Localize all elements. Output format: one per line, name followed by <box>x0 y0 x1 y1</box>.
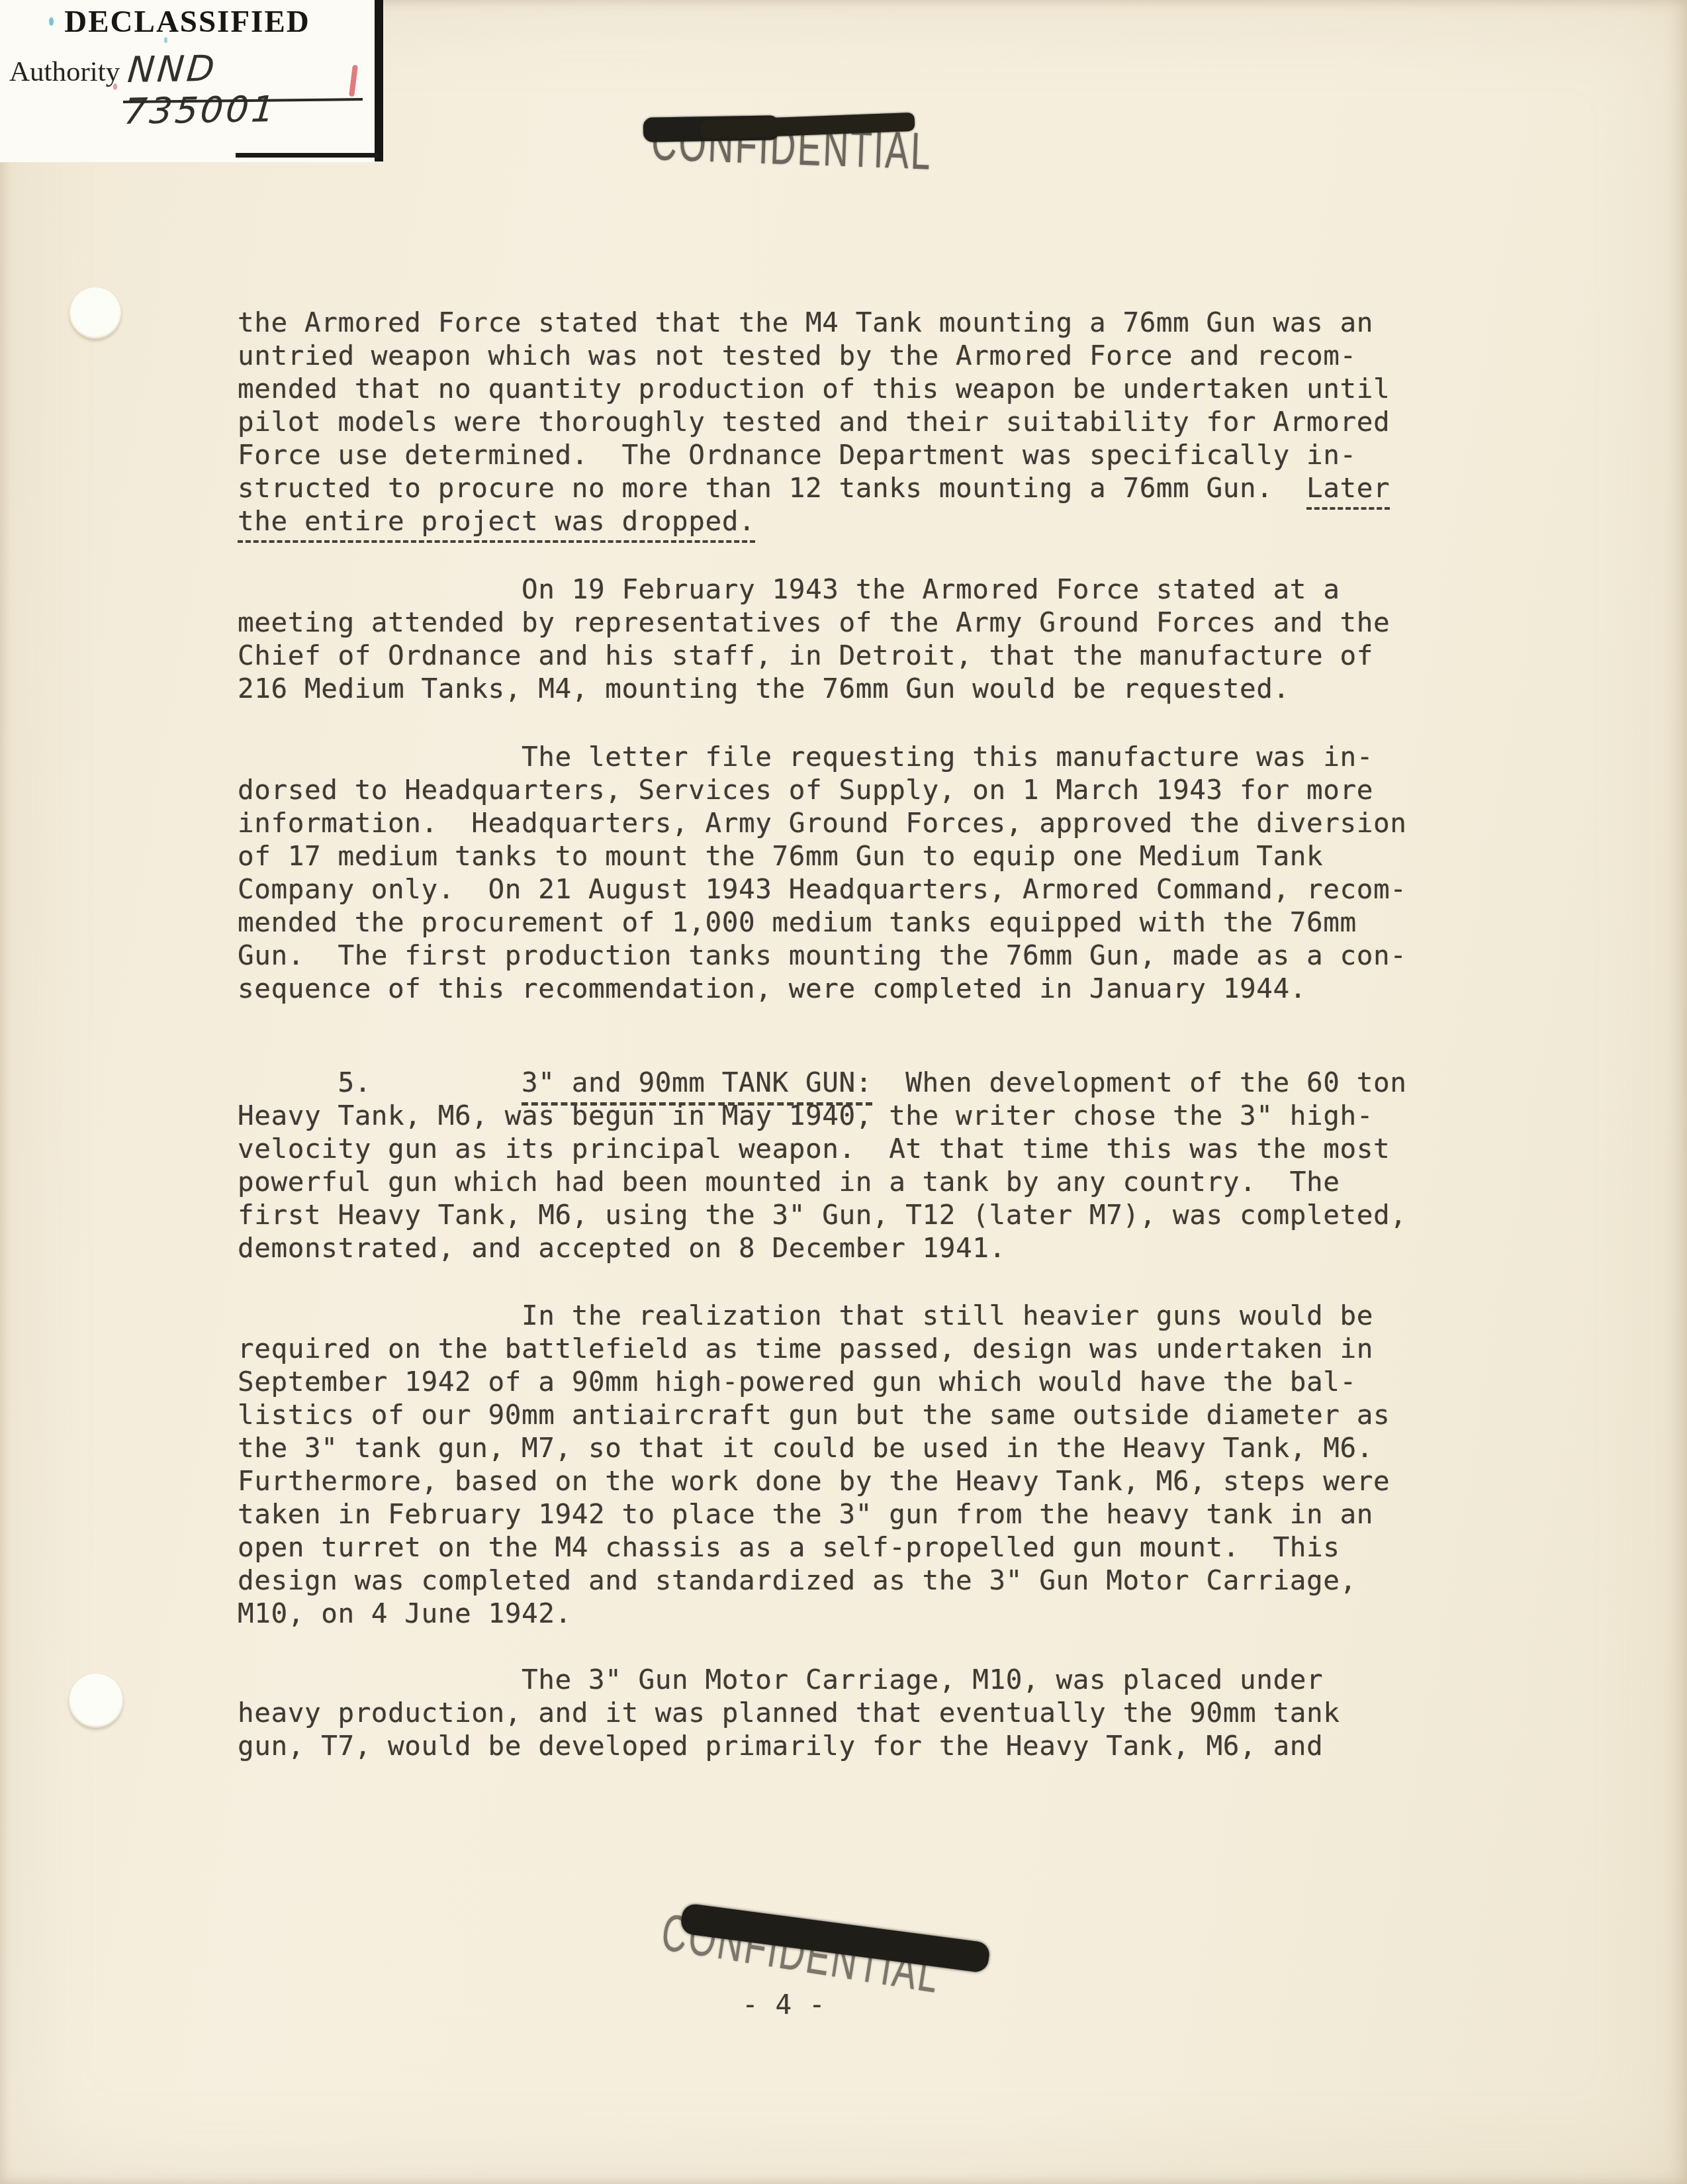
text-segment: untried weapon which was not tested by t… <box>238 340 1357 371</box>
paragraph-5-tank-gun: 5. 3" and 90mm TANK GUN: When developmen… <box>238 1066 1455 1264</box>
text-line: Company only. On 21 August 1943 Headquar… <box>238 873 1455 906</box>
text-segment: Furthermore, based on the work done by t… <box>238 1465 1390 1497</box>
text-segment: first Heavy Tank, M6, using the 3" Gun, … <box>238 1199 1406 1231</box>
page-number: - 4 - <box>742 1989 825 2020</box>
text-line: the 3" tank gun, M7, so that it could be… <box>238 1431 1455 1464</box>
text-segment: of 17 medium tanks to mount the 76mm Gun… <box>238 840 1323 872</box>
text-line: The 3" Gun Motor Carriage, M10, was plac… <box>238 1663 1455 1696</box>
text-line: taken in February 1942 to place the 3" g… <box>238 1497 1455 1531</box>
text-line: the entire project was dropped. <box>238 504 1455 538</box>
text-segment: 216 Medium Tanks, M4, mounting the 76mm … <box>238 673 1290 704</box>
document-page: DECLASSIFIED Authority NND 735001 CONFID… <box>0 0 1687 2184</box>
text-line: Force use determined. The Ordnance Depar… <box>238 438 1455 471</box>
text-segment: structed to procure no more than 12 tank… <box>238 472 1306 504</box>
text-segment: pilot models were thoroughly tested and … <box>238 406 1390 438</box>
text-segment: dorsed to Headquarters, Services of Supp… <box>238 774 1373 806</box>
text-segment: When development of the 60 ton <box>872 1067 1407 1098</box>
text-line: pilot models were thoroughly tested and … <box>238 405 1455 438</box>
text-line: first Heavy Tank, M6, using the 3" Gun, … <box>238 1198 1455 1231</box>
text-line: untried weapon which was not tested by t… <box>238 339 1455 372</box>
text-segment: Gun. The first production tanks mounting… <box>238 939 1406 971</box>
text-segment: mended that no quantity production of th… <box>238 373 1390 404</box>
text-segment: gun, T7, would be developed primarily fo… <box>238 1730 1323 1762</box>
text-segment: the 3" tank gun, M7, so that it could be… <box>238 1432 1373 1464</box>
text-line: 216 Medium Tanks, M4, mounting the 76mm … <box>238 672 1455 705</box>
text-segment: velocity gun as its principal weapon. At… <box>238 1133 1390 1164</box>
text-segment: In the realization that still heavier gu… <box>238 1300 1373 1331</box>
text-line: Gun. The first production tanks mounting… <box>238 939 1455 972</box>
text-line: Heavy Tank, M6, was begun in May 1940, t… <box>238 1099 1455 1132</box>
text-segment: listics of our 90mm antiaircraft gun but… <box>238 1399 1390 1431</box>
text-line: powerful gun which had been mounted in a… <box>238 1165 1455 1198</box>
text-segment: The 3" Gun Motor Carriage, M10, was plac… <box>238 1664 1323 1695</box>
paragraph-continuation: the Armored Force stated that the M4 Tan… <box>238 306 1455 538</box>
paragraph-gun-motor-carriage: The 3" Gun Motor Carriage, M10, was plac… <box>238 1663 1455 1762</box>
text-line: M10, on 4 June 1942. <box>238 1597 1455 1630</box>
paragraph-letter-file: The letter file requesting this manufact… <box>238 740 1455 1005</box>
text-segment: powerful gun which had been mounted in a… <box>238 1166 1340 1198</box>
ink-speck <box>164 37 167 43</box>
declassified-title: DECLASSIFIED <box>0 4 375 40</box>
punch-hole <box>69 1674 123 1728</box>
text-line: required on the battlefield as time pass… <box>238 1332 1455 1365</box>
text-line: velocity gun as its principal weapon. At… <box>238 1132 1455 1165</box>
text-segment: The letter file requesting this manufact… <box>238 741 1373 773</box>
text-line: listics of our 90mm antiaircraft gun but… <box>238 1398 1455 1431</box>
text-line: information. Headquarters, Army Ground F… <box>238 806 1455 839</box>
text-segment: Company only. On 21 August 1943 Headquar… <box>238 873 1406 905</box>
text-segment: 5. <box>238 1067 522 1098</box>
text-line: 5. 3" and 90mm TANK GUN: When developmen… <box>238 1066 1455 1099</box>
text-line: of 17 medium tanks to mount the 76mm Gun… <box>238 839 1455 873</box>
text-segment: Heavy Tank, M6, was begun in May 1940, t… <box>238 1100 1373 1131</box>
text-segment: heavy production, and it was planned tha… <box>238 1697 1340 1729</box>
text-line: In the realization that still heavier gu… <box>238 1299 1455 1332</box>
authority-label: Authority <box>9 56 120 88</box>
stamp-box-border <box>236 153 379 158</box>
text-segment: Chief of Ordnance and his staff, in Detr… <box>238 640 1373 671</box>
punch-hole <box>69 287 121 339</box>
authority-handwritten-value: NND 735001 <box>122 44 383 132</box>
text-segment: information. Headquarters, Army Ground F… <box>238 807 1406 839</box>
ink-speck <box>113 83 117 90</box>
text-segment: demonstrated, and accepted on 8 December… <box>238 1232 1006 1264</box>
text-line: structed to procure no more than 12 tank… <box>238 471 1455 504</box>
text-line: heavy production, and it was planned tha… <box>238 1696 1455 1729</box>
stamp-box-border <box>375 0 383 162</box>
paragraph-realization: In the realization that still heavier gu… <box>238 1299 1455 1630</box>
text-line: Chief of Ordnance and his staff, in Detr… <box>238 639 1455 672</box>
text-segment: design was completed and standardized as… <box>238 1564 1357 1596</box>
text-line: dorsed to Headquarters, Services of Supp… <box>238 773 1455 806</box>
text-segment: required on the battlefield as time pass… <box>238 1333 1373 1364</box>
declassified-stamp-box: DECLASSIFIED Authority NND 735001 <box>0 0 383 162</box>
underlined-text: Later <box>1306 472 1390 510</box>
text-line: On 19 February 1943 the Armored Force st… <box>238 573 1455 606</box>
paragraph-19-february-1943: On 19 February 1943 the Armored Force st… <box>238 573 1455 705</box>
text-segment: Force use determined. The Ordnance Depar… <box>238 439 1357 471</box>
text-segment: sequence of this recommendation, were co… <box>238 973 1306 1004</box>
text-segment: On 19 February 1943 the Armored Force st… <box>238 573 1340 605</box>
text-line: demonstrated, and accepted on 8 December… <box>238 1231 1455 1264</box>
text-line: mended the procurement of 1,000 medium t… <box>238 906 1455 939</box>
text-line: September 1942 of a 90mm high-powered gu… <box>238 1365 1455 1398</box>
text-line: open turret on the M4 chassis as a self-… <box>238 1531 1455 1564</box>
underlined-text: the entire project was dropped. <box>238 505 755 543</box>
text-segment: M10, on 4 June 1942. <box>238 1597 572 1629</box>
text-line: design was completed and standardized as… <box>238 1564 1455 1597</box>
text-segment: mended the procurement of 1,000 medium t… <box>238 906 1357 938</box>
text-line: mended that no quantity production of th… <box>238 372 1455 405</box>
text-segment: taken in February 1942 to place the 3" g… <box>238 1498 1373 1530</box>
text-segment: open turret on the M4 chassis as a self-… <box>238 1531 1340 1563</box>
text-line: gun, T7, would be developed primarily fo… <box>238 1729 1455 1762</box>
text-line: sequence of this recommendation, were co… <box>238 972 1455 1005</box>
ink-speck <box>49 17 54 26</box>
text-line: the Armored Force stated that the M4 Tan… <box>238 306 1455 339</box>
text-line: Furthermore, based on the work done by t… <box>238 1464 1455 1497</box>
text-line: The letter file requesting this manufact… <box>238 740 1455 773</box>
text-segment: meeting attended by representatives of t… <box>238 606 1390 638</box>
text-segment: the Armored Force stated that the M4 Tan… <box>238 307 1373 338</box>
text-line: meeting attended by representatives of t… <box>238 606 1455 639</box>
text-segment: September 1942 of a 90mm high-powered gu… <box>238 1366 1357 1398</box>
